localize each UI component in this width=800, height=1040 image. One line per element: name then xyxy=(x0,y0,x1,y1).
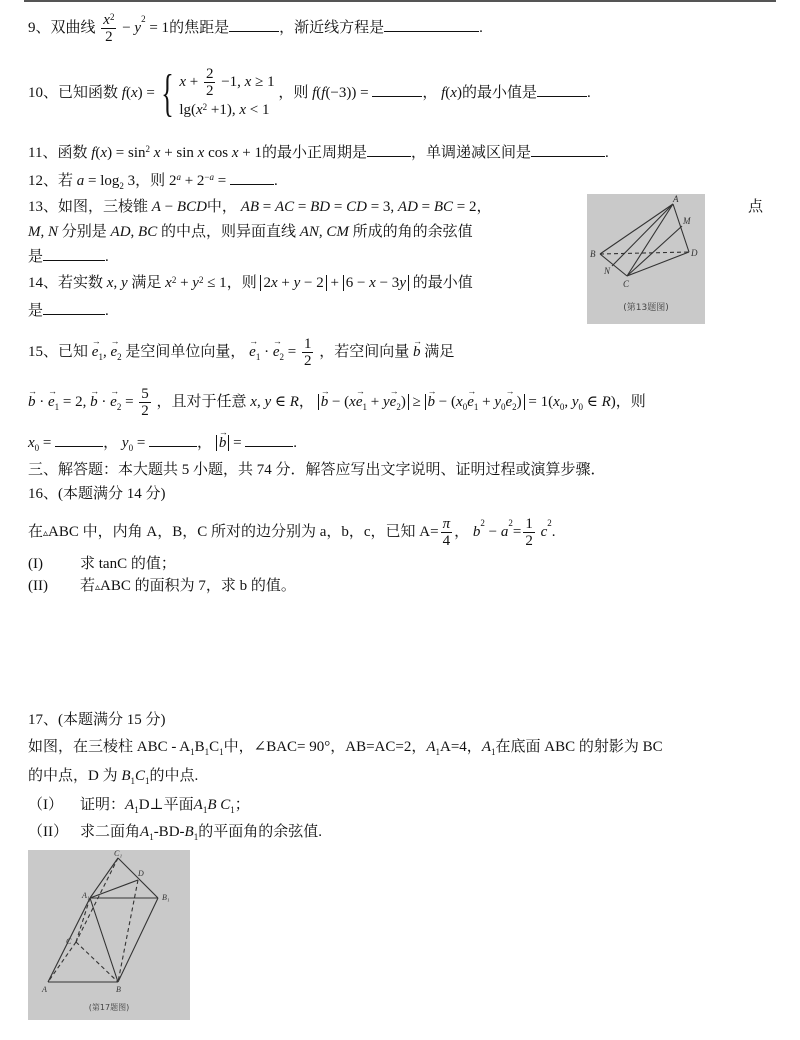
question-12: 12、若 a = log2 3，则 2a + 2−a = . xyxy=(28,170,278,196)
question-text: -BD- xyxy=(154,824,185,840)
question-text: 函数 xyxy=(57,145,87,161)
figure-13: A B C D M N (第13题图) xyxy=(587,194,705,324)
question-text: ， xyxy=(103,435,118,451)
question-text: . xyxy=(605,145,609,161)
question-text: . xyxy=(105,303,109,319)
question-text: 满足 xyxy=(424,344,454,360)
question-text: 在底面 ABC 的射影为 BC xyxy=(495,739,662,755)
question-text: D⊥平面 xyxy=(139,797,194,813)
question-text: 中， xyxy=(207,199,237,215)
question-text: ； xyxy=(235,797,250,813)
svg-text:A₁: A₁ xyxy=(81,891,90,900)
question-text: ，则 xyxy=(616,394,646,410)
part-label: （I） xyxy=(28,795,80,815)
section-3-heading: 三、解答题：本大题共 5 小题，共 74 分．解答应写出文字说明、证明过程或演算… xyxy=(28,460,606,480)
question-number: 10、 xyxy=(28,85,58,101)
question-17-line-2: 的中点，D 为 B1C1的中点. xyxy=(28,766,198,791)
question-text: 分别是 xyxy=(62,224,107,240)
question-number: 12、 xyxy=(28,173,58,189)
question-number: 15、 xyxy=(28,344,58,360)
piecewise-cases: x + 22 −1, x ≥ 1 lg(x2 +1), x < 1 xyxy=(179,66,274,121)
figure-caption: (第17题图) xyxy=(89,1002,129,1012)
answer-blank xyxy=(229,17,279,32)
svg-text:C₁: C₁ xyxy=(114,850,122,858)
question-text: 中，∠BAC= 90°，AB=AC=2， xyxy=(224,739,427,755)
question-text: . xyxy=(105,249,109,265)
svg-text:C: C xyxy=(66,937,72,946)
question-text: 的最小值是 xyxy=(462,85,537,101)
svg-text:D: D xyxy=(690,248,698,258)
question-text: 的中点，D 为 xyxy=(28,768,118,784)
question-16-part-2: (II)若▵ABC 的面积为 7，求 b 的值。 xyxy=(28,576,296,598)
brace: { xyxy=(161,68,173,120)
figure-17: C₁ D A₁ B₁ C A B (第17题图) xyxy=(28,850,190,1020)
question-text: ， xyxy=(454,524,469,540)
question-17-part-2: （II）求二面角A1-BD-B1的平面角的余弦值. xyxy=(28,822,322,847)
question-text: 若实数 xyxy=(58,275,103,291)
question-text: 如图，三棱锥 xyxy=(58,199,148,215)
question-text: 若 xyxy=(58,173,73,189)
answer-blank xyxy=(149,432,197,447)
question-16-title: 16、(本题满分 14 分) xyxy=(28,484,166,504)
question-13-line-1-end: 点 xyxy=(748,197,763,217)
fraction: x22 xyxy=(101,12,116,45)
question-text: ，则 xyxy=(278,85,308,101)
question-text: 的平面角的余弦值. xyxy=(198,824,322,840)
answer-blank xyxy=(537,82,587,97)
tetrahedron-diagram: A B C D M N (第13题图) xyxy=(587,194,705,324)
answer-blank xyxy=(384,17,479,32)
question-text: 双曲线 xyxy=(51,20,96,36)
page-top-rule xyxy=(24,0,776,2)
question-text: 的最小值 xyxy=(413,275,473,291)
svg-text:B: B xyxy=(116,985,121,994)
question-number: 9、 xyxy=(28,20,51,36)
question-text: ， xyxy=(422,85,437,101)
question-text: 已知 xyxy=(58,344,88,360)
question-text: 的最小正周期是 xyxy=(262,145,367,161)
svg-text:N: N xyxy=(603,266,611,276)
question-text: 所成的角的余弦值 xyxy=(353,224,473,240)
answer-blank xyxy=(531,142,605,157)
question-number: 11、 xyxy=(28,145,57,161)
question-text: 是 xyxy=(28,249,43,265)
question-16-stem: 在▵ABC 中，内角 A，B，C 所对的边分别为 a，b，c，已知 A=π4， … xyxy=(28,516,555,549)
question-16-part-1: (I)求 tanC 的值； xyxy=(28,554,176,574)
question-text: . xyxy=(479,20,483,36)
question-number: 13、 xyxy=(28,199,58,215)
question-number: 14、 xyxy=(28,275,58,291)
part-label: （II） xyxy=(28,822,80,842)
question-text: . xyxy=(274,173,278,189)
part-label: (II) xyxy=(28,576,80,596)
question-17-part-1: （I）证明：A1D⊥平面A1B C1； xyxy=(28,795,250,820)
question-text: ，则 xyxy=(227,275,257,291)
question-text: ， xyxy=(197,435,212,451)
question-text: 证明： xyxy=(80,797,125,813)
question-text: ，若空间向量 xyxy=(319,344,409,360)
question-text: ，单调递减区间是 xyxy=(411,145,531,161)
question-9: 9、双曲线 x22 − y2 = 1的焦距是，渐近线方程是. xyxy=(28,12,483,45)
prism-diagram: C₁ D A₁ B₁ C A B (第17题图) xyxy=(28,850,190,1020)
svg-text:B₁: B₁ xyxy=(162,893,170,902)
question-text: 的焦距是 xyxy=(169,20,229,36)
figure-caption: (第13题图) xyxy=(623,301,668,313)
question-15-line-3: x0 = ， y0 = ， b = . xyxy=(28,432,297,458)
question-text: 求 tanC 的值； xyxy=(80,556,176,572)
question-text: 的中点，则异面直线 xyxy=(161,224,296,240)
question-text: A=4， xyxy=(440,739,482,755)
answer-blank xyxy=(43,246,105,261)
answer-blank xyxy=(372,82,422,97)
question-text: 是 xyxy=(28,303,43,319)
svg-text:C: C xyxy=(623,279,630,289)
svg-text:A: A xyxy=(672,194,679,204)
question-text: . xyxy=(587,85,591,101)
question-13-line-3: 是. xyxy=(28,246,109,267)
question-text: 如图，在三棱柱 ABC - A xyxy=(28,739,190,755)
question-14-line-1: 14、若实数 x, y 满足 x2 + y2 ≤ 1，则 2x + y − 2 … xyxy=(28,273,473,293)
question-text: 的中点. xyxy=(150,768,199,784)
answer-blank xyxy=(55,432,103,447)
answer-blank xyxy=(43,300,105,315)
question-text: 满足 xyxy=(131,275,161,291)
svg-text:D: D xyxy=(137,869,144,878)
svg-text:M: M xyxy=(682,216,691,226)
answer-blank xyxy=(230,170,274,185)
question-13-line-2: M, N 分别是 AD, BC 的中点，则异面直线 AN, CM 所成的角的余弦… xyxy=(28,222,473,242)
svg-text:A: A xyxy=(41,985,47,994)
question-15-line-1: 15、已知 e1, e2 是空间单位向量， e1 · e2 = 12 ，若空间向… xyxy=(28,336,454,369)
question-text: ，且对于任意 xyxy=(157,394,247,410)
question-text: 在 xyxy=(28,524,43,540)
question-text: . xyxy=(552,524,556,540)
question-text: 是空间单位向量， xyxy=(125,344,245,360)
question-text: B xyxy=(195,739,205,755)
question-10: 10、已知函数 f(x) = { x + 22 −1, x ≥ 1 lg(x2 … xyxy=(28,66,591,121)
question-11: 11、函数 f(x) = sin2 x + sin x cos x + 1的最小… xyxy=(28,142,609,163)
question-15-line-2: b · e1 = 2, b · e2 = 52 ，且对于任意 x, y ∈ R，… xyxy=(28,386,646,419)
question-text: 已知函数 xyxy=(58,85,118,101)
question-text: ， xyxy=(299,394,314,410)
question-text: ，则 xyxy=(135,173,165,189)
part-label: (I) xyxy=(28,554,80,574)
question-text: ，渐近线方程是 xyxy=(279,20,384,36)
question-text: 求二面角 xyxy=(80,824,140,840)
question-text: 若 xyxy=(80,578,95,594)
svg-text:B: B xyxy=(590,249,596,259)
question-text: . xyxy=(293,435,297,451)
question-text: ABC 的面积为 7，求 b 的值。 xyxy=(100,578,296,594)
answer-blank xyxy=(245,432,293,447)
question-17-line-1: 如图，在三棱柱 ABC - A1B1C1中，∠BAC= 90°，AB=AC=2，… xyxy=(28,737,663,762)
question-14-line-2: 是. xyxy=(28,300,109,321)
question-text: C xyxy=(209,739,219,755)
answer-blank xyxy=(367,142,411,157)
question-text: ABC 中，内角 A，B，C 所对的边分别为 a，b，c，已知 A= xyxy=(48,524,439,540)
question-13-line-1: 13、如图，三棱锥 A − BCD中， AB = AC = BD = CD = … xyxy=(28,197,492,217)
question-17-title: 17、(本题满分 15 分) xyxy=(28,710,166,730)
